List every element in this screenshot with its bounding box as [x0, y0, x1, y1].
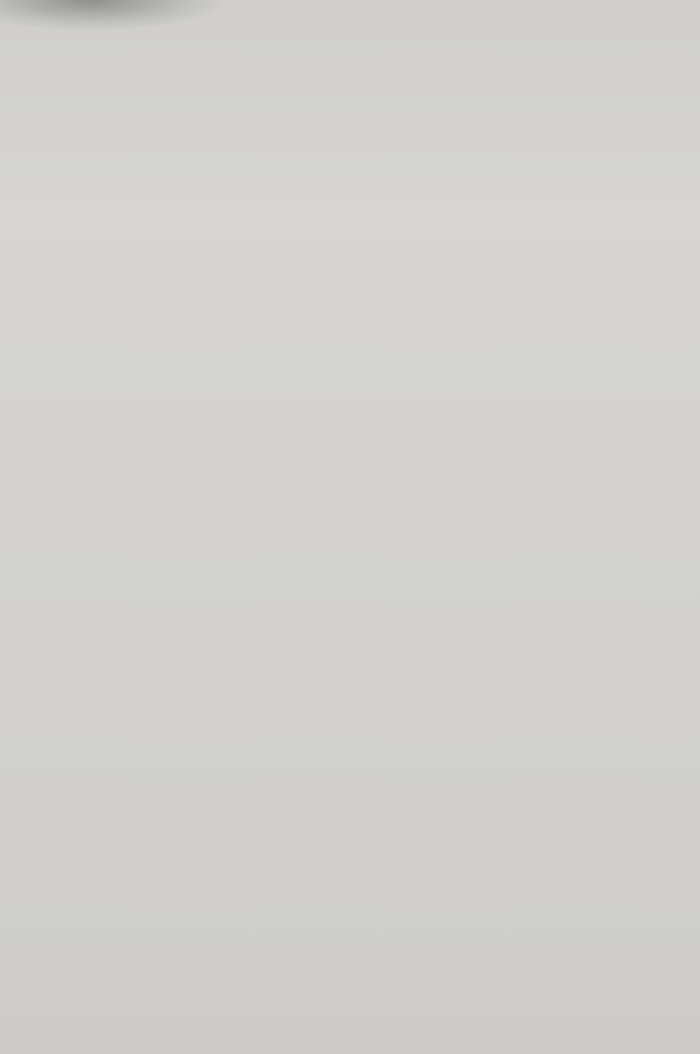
- document-page: [0, 0, 700, 1054]
